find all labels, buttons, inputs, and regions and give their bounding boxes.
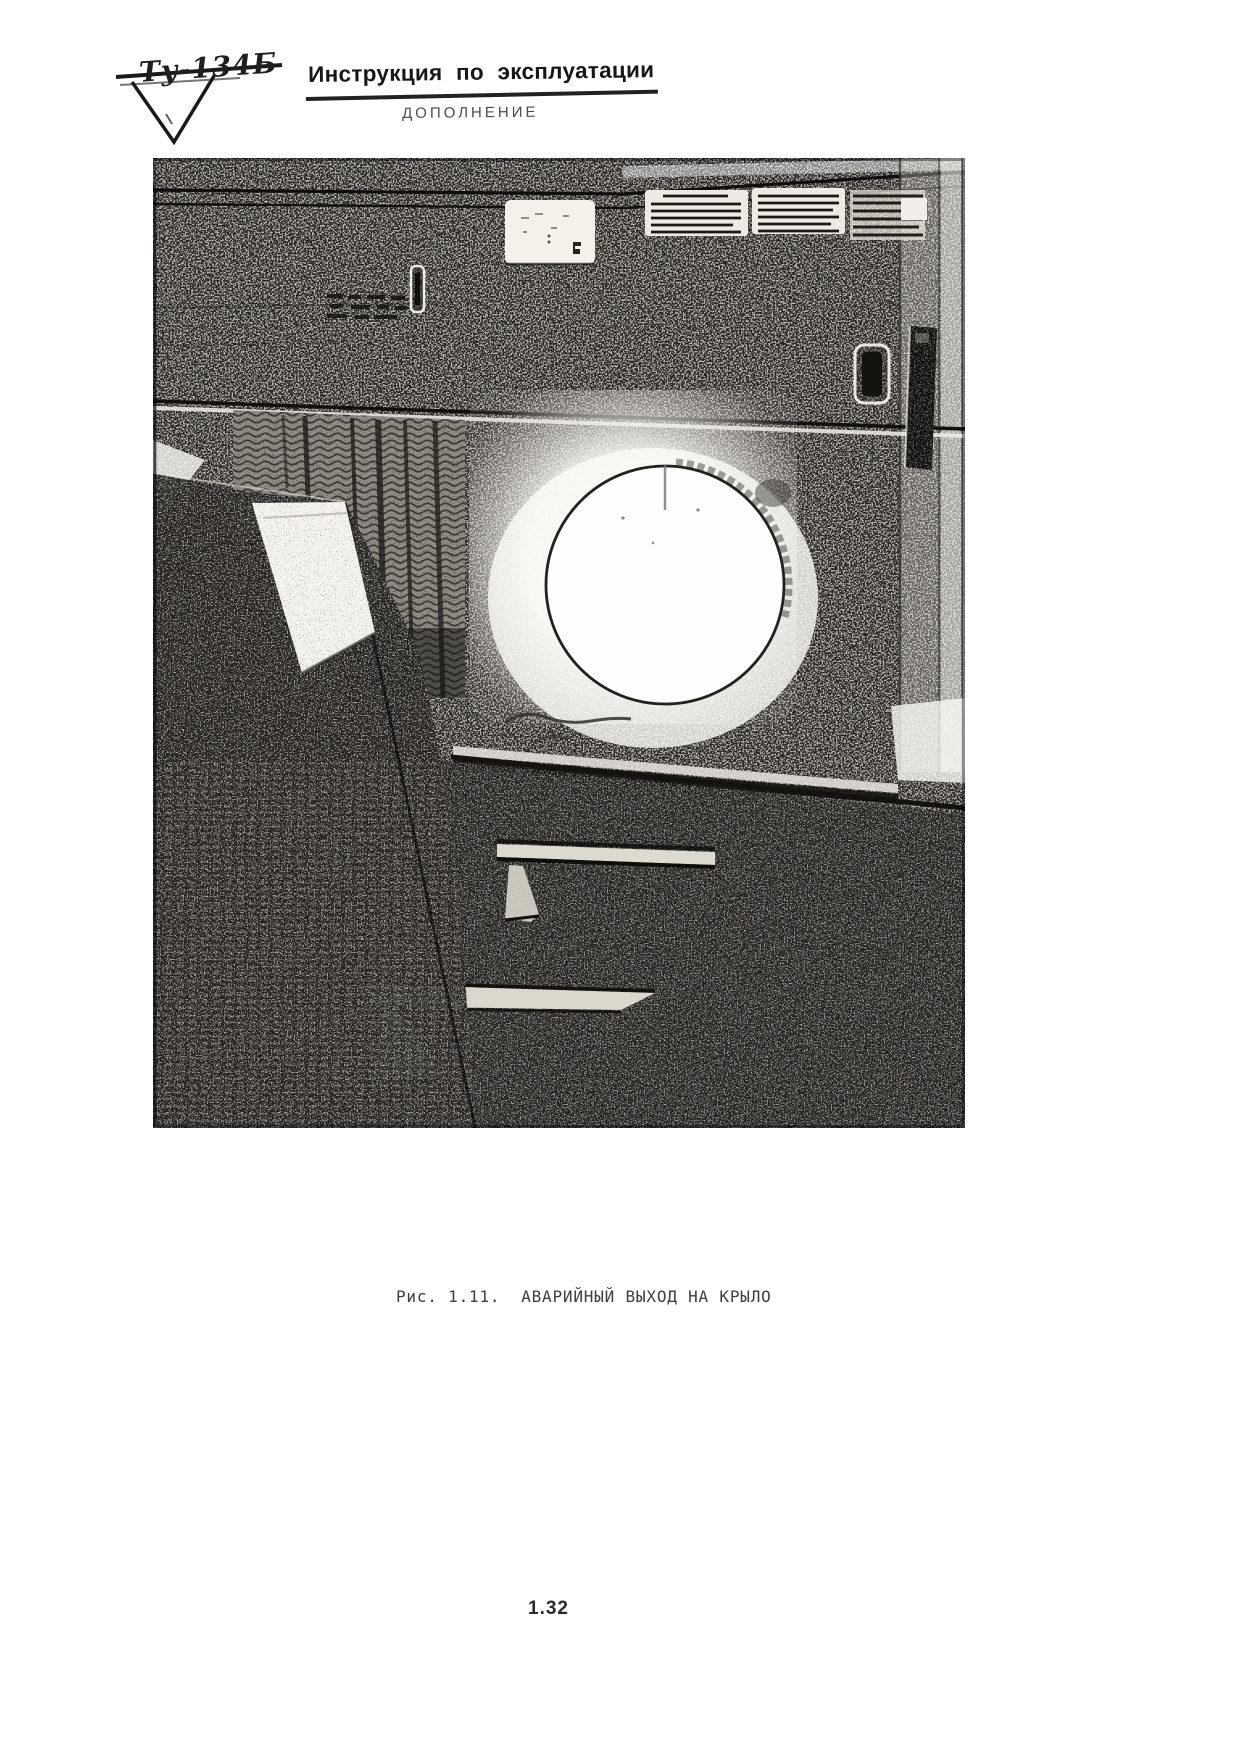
vent-grille [327,294,407,319]
instruction-label [505,200,595,264]
latch-handle [411,266,424,312]
manual-page: Ту-134Б Инструкция по эксплуатации ДОПОЛ… [0,0,1248,1744]
document-subtitle: ДОПОЛНЕНИЕ [402,104,539,122]
figure-photo [153,158,965,1128]
page-number: 1.32 [528,1598,569,1620]
title-underline [306,90,658,101]
dark-slider-strip [905,326,937,470]
lower-shadow-region [440,760,965,1128]
text-placard-right [752,188,845,234]
exit-handle-recess [855,345,889,403]
text-placard-left [645,190,748,236]
right-frame-trim [891,158,965,783]
document-title: Инструкция по эксплуатации [308,57,655,88]
text-placard-far-right [850,190,927,240]
figure-caption: Рис. 1.11. АВАРИЙНЫЙ ВЫХОД НА КРЫЛО [396,1287,772,1306]
